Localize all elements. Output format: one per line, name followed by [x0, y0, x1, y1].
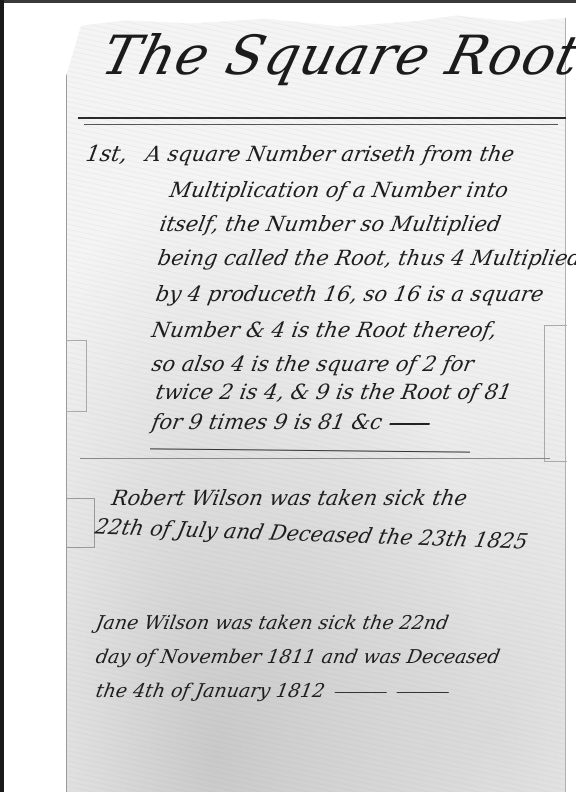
title-underline-secondary: [84, 124, 558, 125]
definition-line-text: for 9 times 9 is 81 &c: [150, 410, 384, 434]
definition-line: being called the Root, thus 4 Multiplied: [156, 246, 576, 270]
scan-frame-top: [0, 0, 576, 3]
page-edge-tear: [544, 325, 567, 462]
definition-line: Number & 4 is the Root thereof,: [150, 318, 499, 342]
definition-line-last: for 9 times 9 is 81 &c: [150, 410, 432, 434]
closing-dash: [396, 692, 448, 693]
entry-jane-wilson-line3-wrap: the 4th of January 1812: [94, 680, 451, 702]
definition-line: A square Number ariseth from the: [144, 142, 516, 166]
entry-jane-wilson-line2: day of November 1811 and was Deceased: [94, 646, 502, 668]
scan-frame-left: [0, 0, 4, 792]
definition-line: itself, the Number so Multiplied: [158, 212, 503, 236]
page-edge-tear: [66, 498, 95, 548]
definition-line: so also 4 is the square of 2 for: [150, 352, 476, 376]
section-divider-faint: [80, 458, 550, 459]
definition-line: twice 2 is 4, & 9 is the Root of 81: [154, 380, 514, 404]
page-title: The Square Root: [89, 24, 572, 116]
section-marker: 1st,: [84, 142, 130, 167]
page-edge-tear: [66, 340, 87, 412]
entry-robert-wilson-line1: Robert Wilson was taken sick the: [110, 486, 469, 510]
title-underline: [78, 117, 566, 119]
closing-dash: [390, 423, 430, 425]
definition-line: by 4 produceth 16, so 16 is a square: [154, 282, 546, 306]
entry-jane-wilson-line1: Jane Wilson was taken sick the 22nd: [94, 612, 450, 634]
entry-jane-wilson-line3: the 4th of January 1812: [94, 680, 327, 702]
definition-line: Multiplication of a Number into: [168, 178, 510, 202]
closing-dash: [334, 692, 386, 693]
